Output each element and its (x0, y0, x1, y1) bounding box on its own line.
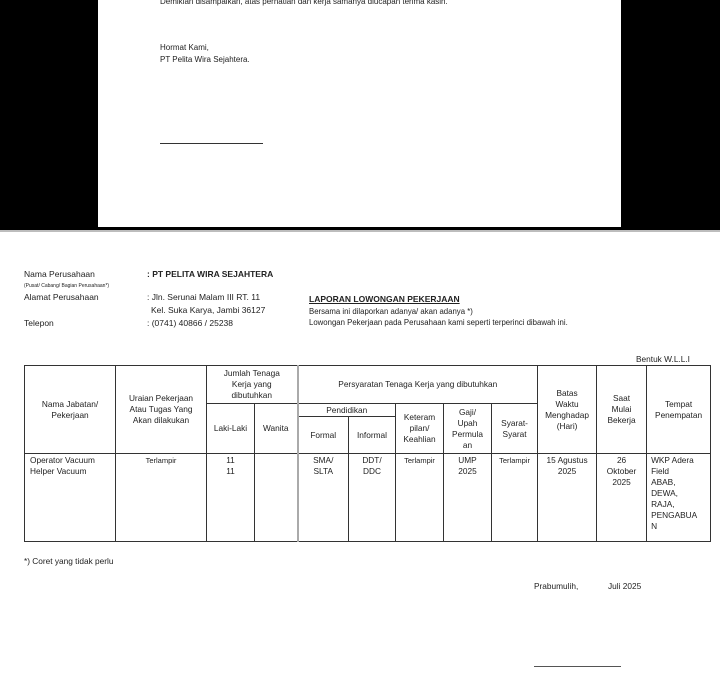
tempat-line-1: WKP Adera (651, 455, 709, 466)
signing-place: Prabumulih, (534, 581, 578, 591)
header-jumlah: Jumlah Tenaga Kerja yang dibutuhkan (207, 366, 298, 404)
header-tempat: Tempat Penempatan (647, 366, 711, 454)
laki-count-2: 11 (208, 466, 253, 477)
header-wanita: Wanita (255, 404, 298, 454)
cell-formal: SMA/ SLTA (298, 454, 349, 542)
gaji-line-1: UMP (445, 455, 490, 466)
saat-line-2: Oktober (598, 466, 645, 477)
cell-tempat: WKP Adera Field ABAB, DEWA, RAJA, PENGAB… (647, 454, 711, 542)
header-saat: Saat Mulai Bekerja (597, 366, 647, 454)
tempat-line-7: N (651, 521, 709, 532)
company-address-line1: : Jln. Serunai Malam III RT. 11 (147, 292, 260, 302)
cell-saat: 26 Oktober 2025 (597, 454, 647, 542)
cell-uraian: Terlampir (116, 454, 207, 542)
cell-syarat: Terlampir (492, 454, 538, 542)
company-name-label: Nama Perusahaan (24, 269, 95, 279)
tempat-line-6: PENGABUA (651, 510, 709, 521)
header-keterampilan: Keteram pilan/ Keahlian (396, 404, 444, 454)
batas-line-2: 2025 (539, 466, 595, 477)
tempat-line-5: RAJA, (651, 499, 709, 510)
header-laki: Laki-Laki (207, 404, 255, 454)
laki-count-1: 11 (208, 455, 253, 466)
job-operator-vacuum: Operator Vacuum (30, 455, 114, 466)
header-syarat: Syarat- Syarat (492, 404, 538, 454)
cell-informal: DDT/ DDC (349, 454, 396, 542)
header-uraian: Uraian Pekerjaan Atau Tugas Yang Akan di… (116, 366, 207, 454)
letter-page: Demikian disampaikan, atas perhatian dan… (98, 0, 621, 227)
company-name-sublabel: (Pusat/ Cabang/ Bagian Perusahaan*) (24, 281, 109, 291)
signature-line (160, 143, 263, 144)
gaji-line-2: 2025 (445, 466, 490, 477)
job-helper-vacuum: Helper Vacuum (30, 466, 114, 477)
signing-date: Juli 2025 (608, 581, 641, 591)
company-phone-label: Telepon (24, 318, 54, 328)
cell-laki: 11 11 (207, 454, 255, 542)
tempat-line-3: ABAB, (651, 477, 709, 488)
company-address-label: Alamat Perusahaan (24, 292, 99, 302)
letter-viewport: Demikian disampaikan, atas perhatian dan… (0, 0, 720, 230)
cell-batas: 15 Agustus 2025 (538, 454, 597, 542)
cell-keterampilan: Terlampir (396, 454, 444, 542)
table-row: Operator Vacuum Helper Vacuum Terlampir … (25, 454, 711, 542)
closing-sentence: Demikian disampaikan, atas perhatian dan… (160, 0, 448, 7)
cell-jabatan: Operator Vacuum Helper Vacuum (25, 454, 116, 542)
tempat-line-2: Field (651, 466, 709, 477)
formal-line-1: SMA/ (300, 455, 348, 466)
intro-line-1: Bersama ini dilaporkan adanya/ akan adan… (309, 307, 473, 317)
regards-text: Hormat Kami, (160, 43, 209, 53)
tempat-line-4: DEWA, (651, 488, 709, 499)
company-phone-value: : (0741) 40866 / 25238 (147, 318, 233, 328)
signatory-company: PT Pelita Wira Sejahtera. (160, 55, 250, 65)
cell-wanita (255, 454, 298, 542)
header-persyaratan: Persyaratan Tenaga Kerja yang dibutuhkan (298, 366, 538, 404)
page-divider (0, 230, 720, 232)
report-title: LAPORAN LOWONGAN PEKERJAAN (309, 294, 460, 304)
header-gaji: Gaji/ Upah Permula an (444, 404, 492, 454)
header-pendidikan: Pendidikan (298, 404, 396, 417)
saat-line-1: 26 (598, 455, 645, 466)
cell-gaji: UMP 2025 (444, 454, 492, 542)
intro-line-2: Lowongan Pekerjaan pada Perusahaan kami … (309, 318, 568, 328)
header-jabatan: Nama Jabatan/ Pekerjaan (25, 366, 116, 454)
batas-line-1: 15 Agustus (539, 455, 595, 466)
informal-line-2: DDC (350, 466, 394, 477)
form-code: Bentuk W.L.L.I (636, 354, 690, 364)
header-informal: Informal (349, 417, 396, 454)
footnote: *) Coret yang tidak perlu (24, 556, 113, 566)
company-name-value: : PT PELITA WIRA SEJAHTERA (147, 269, 273, 279)
saat-line-3: 2025 (598, 477, 645, 488)
header-formal: Formal (298, 417, 349, 454)
vacancy-table: Nama Jabatan/ Pekerjaan Uraian Pekerjaan… (24, 365, 711, 542)
informal-line-1: DDT/ (350, 455, 394, 466)
header-batas: Batas Waktu Menghadap (Hari) (538, 366, 597, 454)
company-address-line2: Kel. Suka Karya, Jambi 36127 (151, 305, 265, 315)
formal-line-2: SLTA (300, 466, 348, 477)
signature-line-bottom (534, 666, 621, 667)
